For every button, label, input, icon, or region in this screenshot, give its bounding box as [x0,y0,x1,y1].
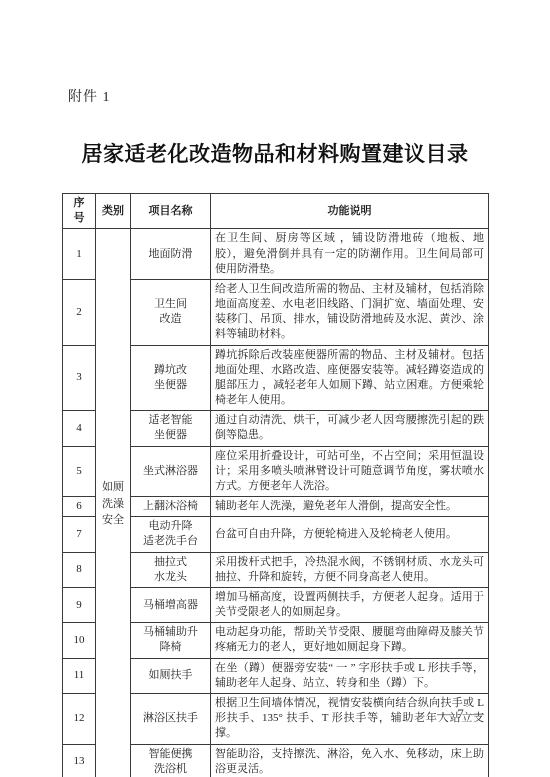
cell-name: 地面防滑 [131,229,211,280]
cell-desc: 在卫生间、厨房等区域 ，铺设防滑地砖（地板、地胶），避免滑倒并具有一定的防潮作用… [211,229,489,280]
cell-name: 坐式淋浴器 [131,446,211,497]
cell-num: 13 [63,744,96,777]
cell-desc: 蹲坑拆除后改装座便器所需的物品、主材及辅材。包括地面处理、水路改造、座便器安装等… [211,345,489,411]
cell-num: 1 [63,229,96,280]
page-title: 居家适老化改造物品和材料购置建议目录 [0,138,550,168]
cell-desc: 辅助老年人洗澡，避免老年人滑倒，提高安全性。 [211,497,489,517]
cell-name: 上翻沐浴椅 [131,497,211,517]
header-cell-description: 功能说明 [211,194,489,229]
cell-name: 适老智能 坐便器 [131,411,211,446]
header-cell-num: 序 号 [63,194,96,229]
cell-name: 淋浴区扶手 [131,693,211,744]
cell-num: 6 [63,497,96,517]
cell-name: 抽拉式 水龙头 [131,552,211,587]
cell-category-merged: 如厕 洗澡 安全 [96,229,131,777]
cell-num: 3 [63,345,96,411]
cell-desc: 座位采用折叠设计，可站可坐，不占空间；采用恒温设计；采用多喷头喷淋臂设计可随意调… [211,446,489,497]
cell-name: 马桶辅助升 降椅 [131,623,211,658]
cell-name: 卫生间 改造 [131,279,211,345]
cell-num: 10 [63,623,96,658]
cell-num: 2 [63,279,96,345]
cell-num: 4 [63,411,96,446]
cell-name: 马桶增高器 [131,587,211,622]
cell-name: 蹲坑改 坐便器 [131,345,211,411]
cell-num: 5 [63,446,96,497]
cell-desc: 台盆可自由升降，方便轮椅进入及轮椅老人使用。 [211,517,489,552]
cell-name: 如厕扶手 [131,658,211,693]
cell-num: 8 [63,552,96,587]
cell-desc: 在坐（蹲）便器旁安装“ 一 ” 字形扶手或 L 形扶手等，辅助老年人起身、站立、… [211,658,489,693]
header-cell-name: 项目名称 [131,194,211,229]
cell-num: 11 [63,658,96,693]
table-header-row: 序 号 类别 项目名称 功能说明 [63,194,489,229]
cell-desc: 增加马桶高度，设置两侧扶手，方便老人起身。适用于关节受限老人的如厕起身。 [211,587,489,622]
attachment-label: 附件 1 [68,86,111,106]
cell-desc: 通过自动清洗、烘干，可减少老人因弯腰擦洗引起的跌倒等隐患。 [211,411,489,446]
cell-desc: 电动起身功能，帮助关节受限、腰腿弯曲障碍及膝关节疼痛无力的老人，更好地如厕起身下… [211,623,489,658]
cell-desc: 智能助浴，支持擦洗、淋浴，免入水、免移动，床上助浴更灵活。 [211,744,489,777]
cell-desc: 给老人卫生间改造所需的物品、主材及辅材，包括消除地面高度差、水电老旧线路、门洞扩… [211,279,489,345]
catalog-table: 序 号 类别 项目名称 功能说明 1 如厕 洗澡 安全 地面防滑 在卫生间、厨房… [62,193,489,777]
cell-num: 9 [63,587,96,622]
cell-desc: 采用拨杆式把手，冷热混水阀，不锈钢材质、水龙头可抽拉、升降和旋转，方便不同身高老… [211,552,489,587]
table-row: 1 如厕 洗澡 安全 地面防滑 在卫生间、厨房等区域 ，铺设防滑地砖（地板、地胶… [63,229,489,280]
document-page: 附件 1 居家适老化改造物品和材料购置建议目录 序 号 类别 项目名称 功能说明… [0,0,550,777]
cell-name: 智能便携 洗浴机 [131,744,211,777]
page-number: — 7 — [437,706,486,722]
cell-num: 12 [63,693,96,744]
cell-num: 7 [63,517,96,552]
header-cell-category: 类别 [96,194,131,229]
cell-name: 电动升降 适老洗手台 [131,517,211,552]
